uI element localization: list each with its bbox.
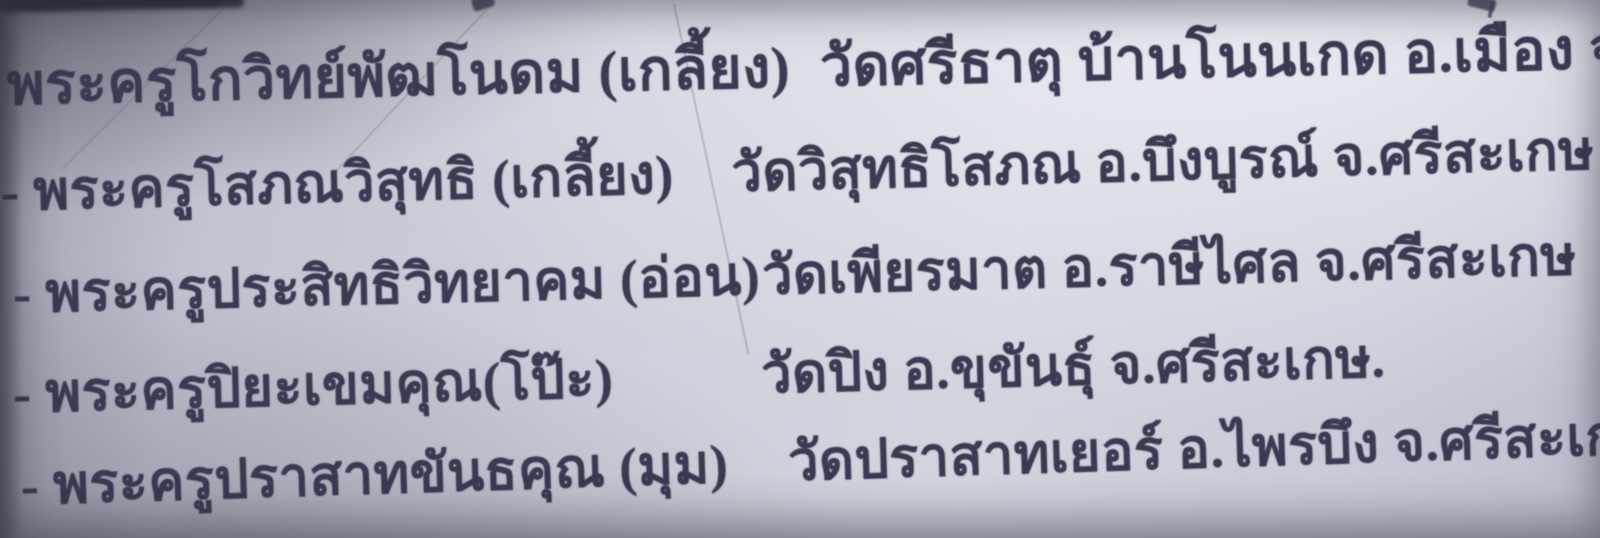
temple-location: วัดศรีธาตุ บ้านโนนเกด อ.เมือง จ.ศรีสะเกษ: [819, 0, 1600, 112]
monk-title: พระครูโกวิทย์พัฒโนดม (เกลี้ยง): [6, 22, 791, 130]
temple-location: วัดวิสุทธิโสภณ อ.บึงบูรณ์ จ.ศรีสะเกษ: [730, 106, 1595, 215]
left-edge-shadow: [0, 0, 22, 538]
monk-title: - พระครูปราสาทขันธคุณ (มุม): [19, 420, 729, 528]
entry-line-2: - พระครูโสภณวิสุทธิ (เกลี้ยง) วัดวิสุทธิ…: [0, 106, 1595, 234]
scanned-document-page: พระครูโกวิทย์พัฒโนดม (เกลี้ยง) วัดศรีธาต…: [0, 0, 1600, 538]
entry-line-1: พระครูโกวิทย์พัฒโนดม (เกลี้ยง) วัดศรีธาต…: [6, 0, 1600, 130]
temple-location: วัดเพียรมาต อ.ราษีไศล จ.ศรีสะเกษ: [761, 212, 1577, 318]
monk-title: - พระครูโสภณวิสุทธิ (เกลี้ยง): [0, 130, 675, 234]
monk-title: - พระครูปิยะเขมคุณ(โป๊ะ): [12, 334, 615, 436]
monk-title: - พระครูประสิทธิวิทยาคม (อ่อน): [12, 232, 761, 336]
cropped-text-remnant-top-left-2: [150, 0, 220, 6]
